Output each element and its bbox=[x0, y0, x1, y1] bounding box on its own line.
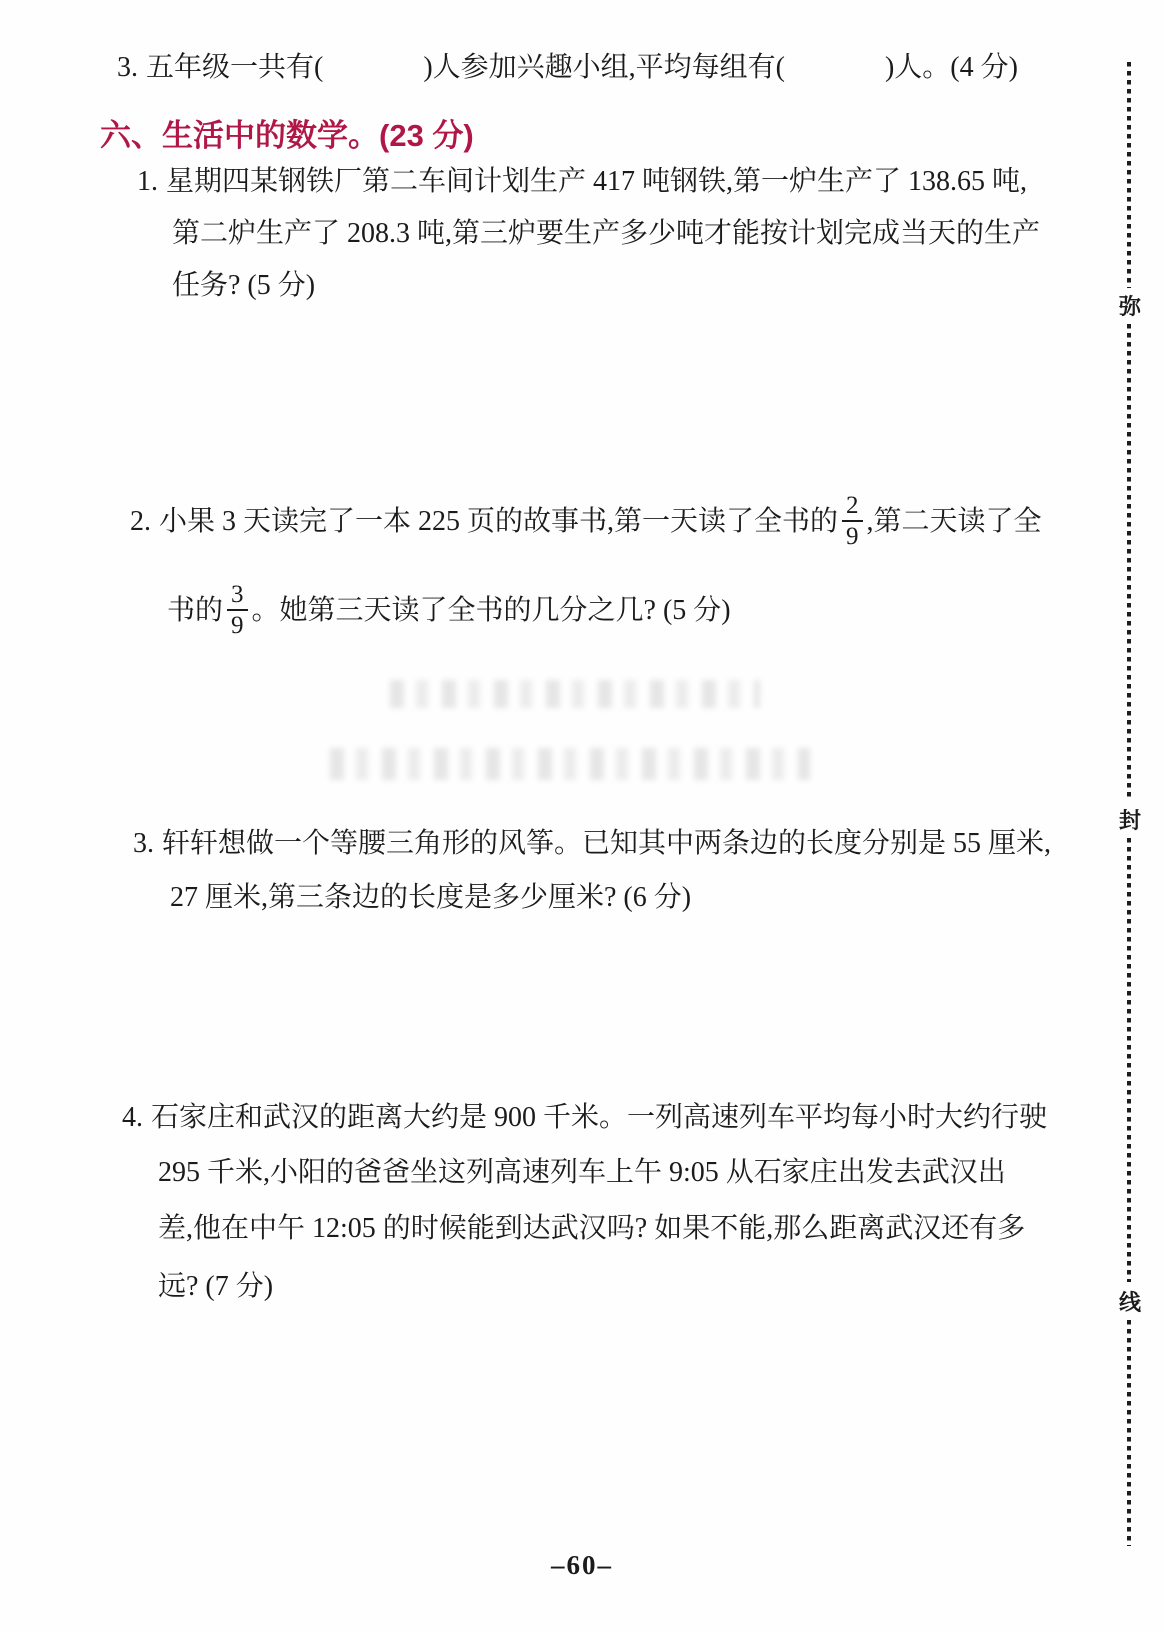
item-number: 3. bbox=[117, 50, 138, 85]
question-text: 295 千米,小阳的爸爸坐这列高速列车上午 9:05 从石家庄出发去武汉出 bbox=[158, 1155, 1006, 1190]
question-text: 。她第三天读了全书的几分之几? (5 分) bbox=[252, 593, 731, 628]
question-2-line-2: 书的 3 9 。她第三天读了全书的几分之几? (5 分) bbox=[167, 568, 731, 652]
question-number: 3. bbox=[133, 826, 154, 861]
fraction-denominator: 9 bbox=[227, 611, 248, 638]
question-text: 轩轩想做一个等腰三角形的风筝。已知其中两条边的长度分别是 55 厘米, bbox=[162, 826, 1051, 861]
question-text: 石家庄和武汉的距离大约是 900 千米。一列高速列车平均每小时大约行驶 bbox=[151, 1100, 1047, 1135]
fraction: 2 9 bbox=[842, 493, 863, 549]
question-text: 星期四某钢铁厂第二车间计划生产 417 吨钢铁,第一炉生产了 138.65 吨, bbox=[166, 164, 1027, 199]
fraction-denominator: 9 bbox=[842, 522, 863, 549]
question-text: ,第二天读了全 bbox=[867, 504, 1042, 539]
item-text-segment: )人。(4 分) bbox=[885, 50, 1018, 85]
fraction-numerator: 3 bbox=[227, 582, 248, 611]
question-text: 远? (7 分) bbox=[158, 1269, 273, 1304]
fill-blank-item: 3. 五年级一共有( )人参加兴趣小组,平均每组有( )人。(4 分) bbox=[117, 50, 1018, 85]
question-text: 书的 bbox=[167, 593, 223, 628]
question-number: 2. bbox=[130, 504, 151, 539]
seal-dotted-line bbox=[1127, 62, 1131, 288]
question-3-line-1: 3. 轩轩想做一个等腰三角形的风筝。已知其中两条边的长度分别是 55 厘米, bbox=[133, 826, 1051, 861]
seal-line-label: 弥 bbox=[1116, 290, 1144, 321]
seal-dotted-line bbox=[1127, 838, 1131, 1282]
question-4-line-4: 远? (7 分) bbox=[158, 1269, 273, 1304]
question-2-line-1: 2. 小果 3 天读完了一本 225 页的故事书,第一天读了全书的 2 9 ,第… bbox=[130, 479, 1042, 563]
question-3-line-2: 27 厘米,第三条边的长度是多少厘米? (6 分) bbox=[170, 880, 691, 915]
question-text: 小果 3 天读完了一本 225 页的故事书,第一天读了全书的 bbox=[159, 504, 838, 539]
question-number: 1. bbox=[137, 164, 158, 199]
seal-line-label: 封 bbox=[1116, 804, 1144, 835]
question-text: 27 厘米,第三条边的长度是多少厘米? (6 分) bbox=[170, 880, 691, 915]
seal-line-label: 线 bbox=[1116, 1286, 1144, 1317]
section-heading: 六、生活中的数学。(23 分) bbox=[100, 110, 474, 155]
question-4-line-1: 4. 石家庄和武汉的距离大约是 900 千米。一列高速列车平均每小时大约行驶 bbox=[122, 1100, 1047, 1135]
item-text-segment: 五年级一共有( bbox=[146, 50, 323, 85]
fraction: 3 9 bbox=[227, 582, 248, 638]
question-number: 4. bbox=[122, 1100, 143, 1135]
bleed-through-ghost-text bbox=[390, 680, 760, 708]
item-text-segment: )人参加兴趣小组,平均每组有( bbox=[423, 50, 785, 85]
question-1-line-1: 1. 星期四某钢铁厂第二车间计划生产 417 吨钢铁,第一炉生产了 138.65… bbox=[137, 164, 1027, 199]
question-1-line-3: 任务? (5 分) bbox=[172, 268, 315, 303]
worksheet-page: 3. 五年级一共有( )人参加兴趣小组,平均每组有( )人。(4 分) 六、生活… bbox=[0, 0, 1164, 1632]
question-1-line-2: 第二炉生产了 208.3 吨,第三炉要生产多少吨才能按计划完成当天的生产 bbox=[172, 216, 1040, 251]
fraction-numerator: 2 bbox=[842, 493, 863, 522]
question-text: 任务? (5 分) bbox=[172, 268, 315, 303]
question-text: 差,他在中午 12:05 的时候能到达武汉吗? 如果不能,那么距离武汉还有多 bbox=[158, 1211, 1025, 1246]
question-text: 第二炉生产了 208.3 吨,第三炉要生产多少吨才能按计划完成当天的生产 bbox=[172, 216, 1040, 251]
page-number: –60– bbox=[0, 1550, 1164, 1581]
question-4-line-2: 295 千米,小阳的爸爸坐这列高速列车上午 9:05 从石家庄出发去武汉出 bbox=[158, 1155, 1006, 1190]
question-4-line-3: 差,他在中午 12:05 的时候能到达武汉吗? 如果不能,那么距离武汉还有多 bbox=[158, 1211, 1025, 1246]
seal-dotted-line bbox=[1127, 1320, 1131, 1546]
seal-dotted-line bbox=[1127, 324, 1131, 800]
bleed-through-ghost-text bbox=[330, 748, 810, 780]
